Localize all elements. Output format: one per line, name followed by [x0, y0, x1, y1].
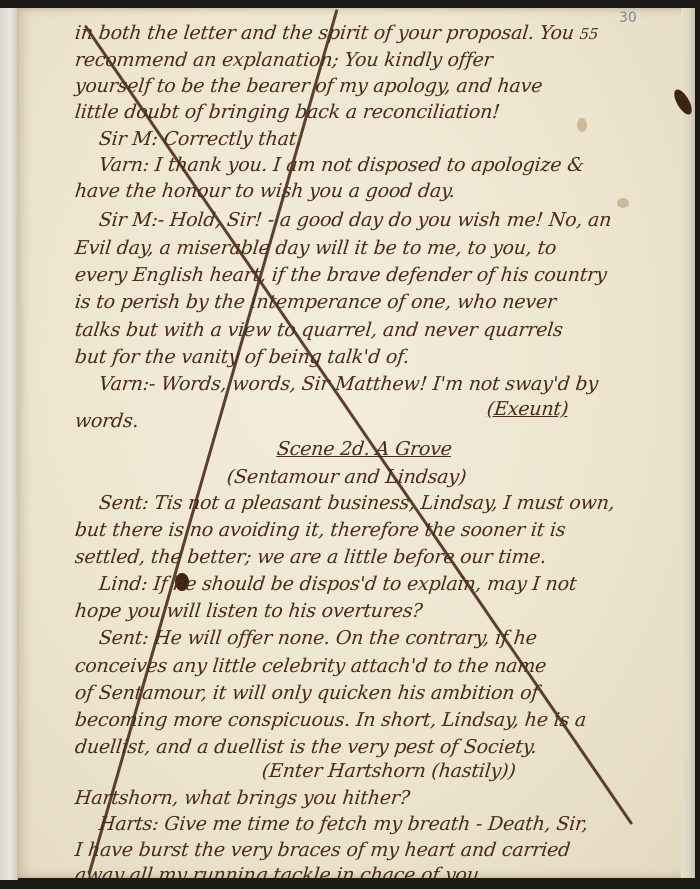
- text-line: settled, the better; we are a little bef…: [74, 546, 548, 568]
- text-line: words.: [74, 410, 140, 432]
- foxing-stain: [617, 198, 629, 208]
- foxing-stain: [577, 118, 587, 132]
- text-line: yourself to be the bearer of my apology,…: [74, 75, 544, 97]
- dialogue-line: Sir M:- Hold, Sir! - a good day do you w…: [98, 209, 613, 231]
- scene-heading: Scene 2d. A Grove: [276, 438, 453, 460]
- dialogue-line: Sent: He will offer none. On the contrar…: [98, 627, 538, 649]
- dialogue-line: Harts: Give me time to fetch my breath -…: [98, 813, 589, 835]
- stage-direction-exeunt: (Exeunt): [486, 398, 569, 420]
- dialogue-line: Sir M: Correctly that.: [98, 128, 303, 150]
- text-line: Hartshorn, what brings you hither?: [74, 787, 411, 809]
- binding-edge: [0, 8, 18, 880]
- dialogue-line: Varn: I thank you. I am not disposed to …: [98, 154, 585, 176]
- dialogue-line: Sent: Tis not a pleasant business, Linds…: [98, 492, 616, 514]
- text-line: hope you will listen to his overtures?: [74, 600, 424, 622]
- text-line: recommend an explanation; You kindly off…: [74, 49, 494, 71]
- cross-out-stroke: [84, 25, 633, 825]
- text-line: Evil day, a miserable day will it be to …: [74, 237, 558, 259]
- text-line: becoming more conspicuous. In short, Lin…: [74, 709, 587, 731]
- text-line: but for the vanity of being talk'd of.: [74, 346, 411, 368]
- text-line: talks but with a view to quarrel, and ne…: [74, 319, 564, 341]
- text-line: I have burst the very braces of my heart…: [74, 839, 571, 861]
- text-line: every English heart, if the brave defend…: [74, 264, 608, 286]
- text-line: have the honour to wish you a good day.: [74, 180, 456, 202]
- text-line: in both the letter and the spirit of you…: [74, 22, 600, 44]
- text-line: away all my running tackle in chace of y…: [74, 864, 486, 878]
- folio-number: 30: [619, 10, 637, 26]
- dialogue-line: Varn:- Words, words, Sir Matthew! I'm no…: [98, 373, 599, 395]
- text-line: is to perish by the intemperance of one,…: [74, 291, 557, 313]
- stage-direction: (Sentamour and Lindsay): [226, 466, 467, 488]
- text-line: duellist, and a duellist is the very pes…: [74, 736, 538, 758]
- stage-direction: (Enter Hartshorn (hastily)): [261, 760, 517, 782]
- text-line: but there is no avoiding it, therefore t…: [74, 519, 567, 541]
- page-edge: [681, 8, 695, 878]
- manuscript-page: 30 in both the letter and the spirit of …: [17, 8, 695, 878]
